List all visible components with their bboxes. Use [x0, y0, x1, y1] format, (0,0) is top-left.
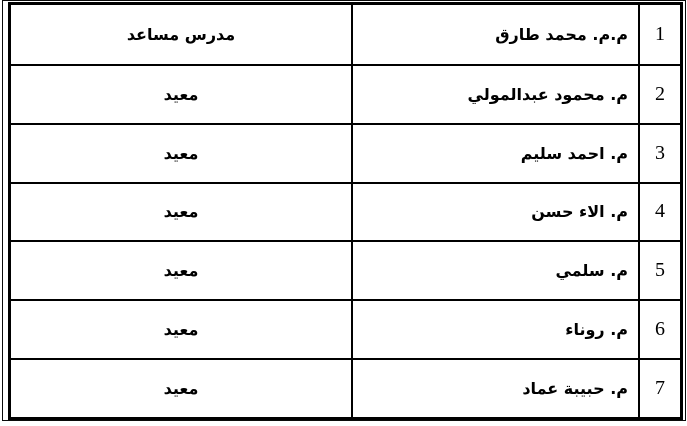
- row-number: 5: [638, 242, 680, 299]
- staff-name: م. الاء حسن: [351, 184, 638, 241]
- staff-title: معيد: [11, 301, 351, 358]
- staff-name: م.م. محمد طارق: [351, 5, 638, 64]
- staff-name: م. محمود عبدالمولي: [351, 66, 638, 123]
- staff-name: م. حبيبة عماد: [351, 360, 638, 417]
- staff-title: معيد: [11, 125, 351, 182]
- row-number: 7: [638, 360, 680, 417]
- staff-name: م. احمد سليم: [351, 125, 638, 182]
- staff-title: معيد: [11, 360, 351, 417]
- table-row: معيد م. محمود عبدالمولي 2: [11, 64, 680, 123]
- table-row: معيد م. سلمي 5: [11, 240, 680, 299]
- row-number: 1: [638, 5, 680, 64]
- staff-name: م. سلمي: [351, 242, 638, 299]
- staff-title: مدرس مساعد: [11, 5, 351, 64]
- table-row: معيد م. روناء 6: [11, 299, 680, 358]
- row-number: 2: [638, 66, 680, 123]
- row-number: 4: [638, 184, 680, 241]
- staff-title: معيد: [11, 184, 351, 241]
- staff-table: مدرس مساعد م.م. محمد طارق 1 معيد م. محمو…: [8, 2, 683, 420]
- table-row: معيد م. الاء حسن 4: [11, 182, 680, 241]
- row-number: 3: [638, 125, 680, 182]
- row-number: 6: [638, 301, 680, 358]
- staff-title: معيد: [11, 66, 351, 123]
- table-row: معيد م. احمد سليم 3: [11, 123, 680, 182]
- table-row: معيد م. حبيبة عماد 7: [11, 358, 680, 417]
- staff-title: معيد: [11, 242, 351, 299]
- staff-name: م. روناء: [351, 301, 638, 358]
- table-row: مدرس مساعد م.م. محمد طارق 1: [11, 5, 680, 64]
